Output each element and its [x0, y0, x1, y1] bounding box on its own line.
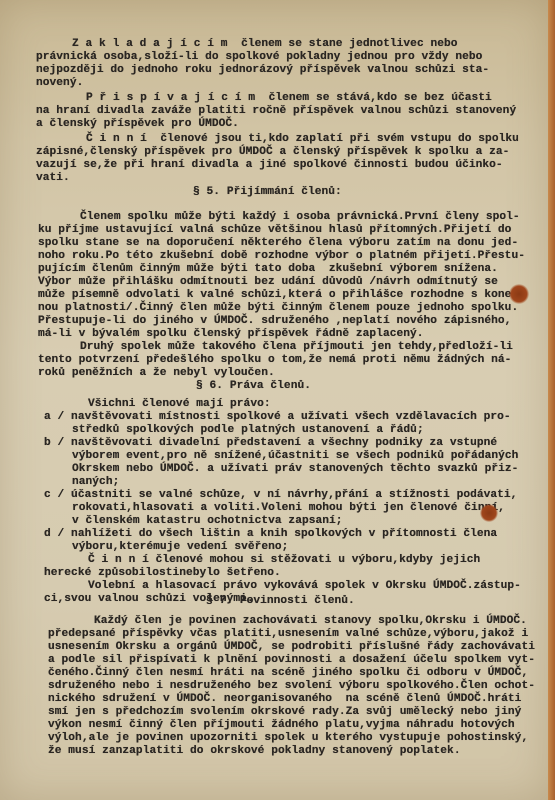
text-line: nického sdružení v ÚMDOČ. neorganisované… [48, 693, 521, 706]
text-line: může písemně odvolati k valné schůzi,kte… [38, 289, 525, 302]
text-line: a / navštěvovati místnosti spolkové a už… [44, 411, 511, 424]
text-line: Druhý spolek může takového člena příjmou… [80, 341, 513, 354]
text-line: naných; [72, 476, 119, 489]
text-line: usnesením Okrsku a orgánů ÚMDOČ, se podr… [48, 641, 535, 654]
text-line: Č i n n í členové jsou ti,kdo zaplatí př… [86, 133, 519, 146]
text-line: herecké způsobilostinebylo šetřeno. [44, 567, 281, 580]
text-line: rokovati,hlasovati a voliti.Voleni mohou… [72, 502, 505, 515]
text-line: Členem spolku může býti každý i osoba pr… [80, 211, 520, 224]
text-line: právnická osoba,složí-li do spolkové pok… [36, 51, 482, 64]
text-line: v členském katastru ochotnictva zapsaní; [72, 515, 343, 528]
text-line: Výbor může přihlášku odmítnouti bez udán… [38, 276, 498, 289]
text-line: novený. [36, 77, 83, 90]
text-line: noho roku.Po této zkušební době rozhodne… [38, 250, 525, 263]
document-page: Z a k l a d a j í c í m členem se stane … [0, 0, 548, 800]
section-heading: § 5. Přijímmání členů: [193, 186, 342, 199]
text-line: Z a k l a d a j í c í m členem se stane … [72, 38, 458, 51]
text-line: sdruženého nebo i nesdruženého bez svole… [48, 680, 535, 693]
section-heading: § 7. Povinnosti členů. [206, 595, 355, 608]
text-line: že musí zanzaplatiti do okrskové pokladn… [48, 745, 461, 758]
text-line: tento potvrzení předešlého spolku o tom,… [38, 354, 511, 367]
section-heading: § 6. Práva členů. [196, 380, 311, 393]
text-line: Všichni členové mají právo: [88, 398, 271, 411]
text-line: nejpozději do jednoho roku jednorázový p… [36, 64, 489, 77]
text-line: d / nahlížeti do všech lištin a knih spo… [44, 528, 497, 541]
text-line: předepsané příspěvky včas platiti,usnese… [48, 628, 528, 641]
text-line: b / navštěvovati divadelní představení a… [44, 437, 497, 450]
text-line: Každý člen je povinen zachovávati stanov… [94, 615, 527, 628]
text-line: a členský příspěvek pro ÚMDOČ. [36, 118, 239, 131]
text-line: středků spolkových podle platných ustano… [72, 424, 424, 437]
text-line: výkon nesmí činný člen příjmouti žádného… [48, 719, 515, 732]
text-line: Přestupuje-li do jiného v ÚMDOČ. sdružen… [38, 315, 511, 328]
text-line: má-li v bývalém spolku členský příspěvek… [38, 328, 424, 341]
text-line: vazují se,že při hraní divadla a jiné sp… [36, 159, 503, 172]
text-line: roků peněžních a že nebyl vyloučen. [38, 367, 275, 380]
text-line: Volební a hlasovací právo vykovává spole… [88, 580, 521, 593]
text-line: a podle sil přispívati k plnění povinnos… [48, 654, 535, 667]
text-line: Č i n n í členové mohou si stěžovati u v… [88, 554, 480, 567]
text-line: vati. [36, 172, 70, 185]
text-line: P ř i s p í v a j í c í m členem se stáv… [86, 92, 492, 105]
text-line: nou platnosti/.Činný člen může býti činn… [38, 302, 518, 315]
text-line: ku příjme ustavující valná schůze většin… [38, 224, 511, 237]
text-line: na hraní divadla zaváže platiti ročně př… [36, 105, 516, 118]
text-line: výloh,ale je povinen upozorniti spolek u… [48, 732, 528, 745]
text-line: Okrskem nebo ÚMDOČ. a užívati práv stano… [72, 463, 518, 476]
text-line: výboru,kterémuje vedení svěřeno; [72, 541, 288, 554]
paper-edge [548, 0, 555, 800]
text-line: zápisné,členský příspěvek pro ÚMDOČ a čl… [36, 146, 509, 159]
text-line: smí jen s předchozím svolením okrskové r… [48, 706, 521, 719]
ink-stain-1 [509, 284, 529, 304]
text-line: pujícím členům činným může býti tato dob… [38, 263, 498, 276]
ink-stain-2 [480, 504, 498, 522]
text-line: výborem event,pro ně snížené,účastniti s… [72, 450, 518, 463]
text-line: spolku stane se na doporučení některého … [38, 237, 518, 250]
text-line: c / účastniti se valné schůze, v ní návr… [44, 489, 517, 502]
text-line: čeného.Činný člen nesmí hráti na scéně j… [48, 667, 528, 680]
